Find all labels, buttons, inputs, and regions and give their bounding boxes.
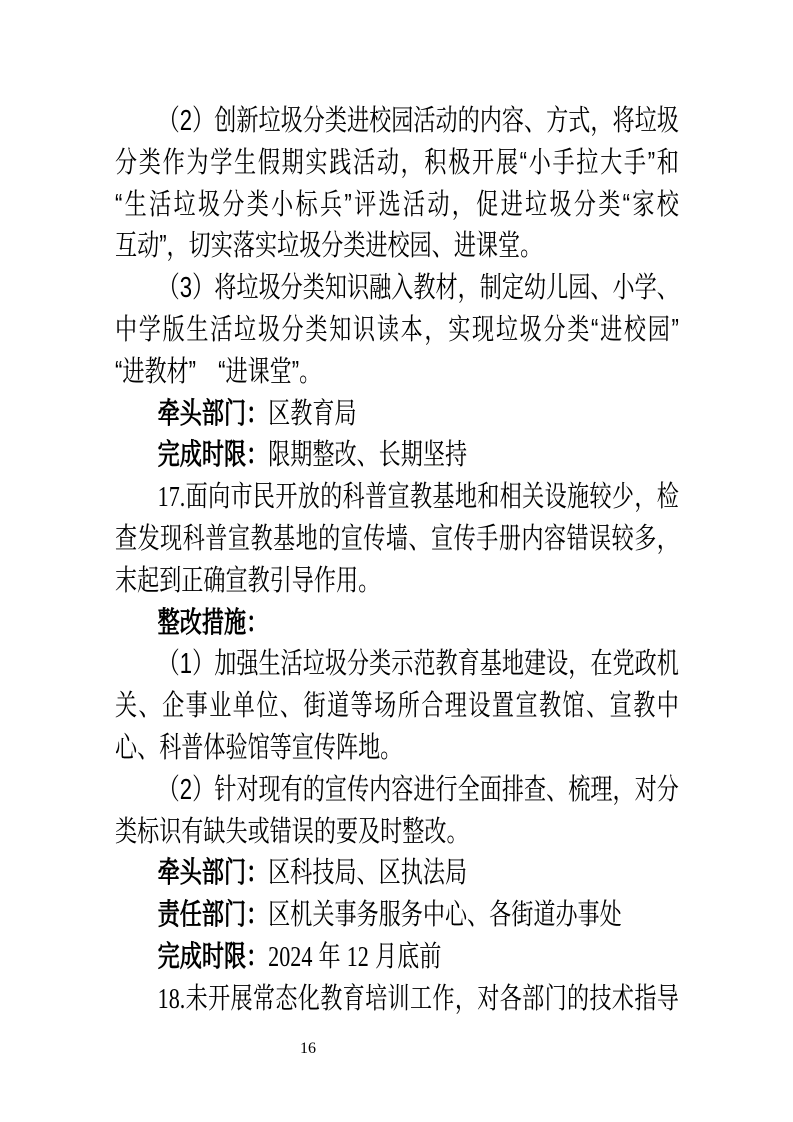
body-text: 18. xyxy=(158,983,186,1015)
body-text: 查发现科普宣教基地的宣传墙、宣传手册内容错误较多， xyxy=(115,523,679,555)
label-text: 整改措施： xyxy=(158,607,269,639)
page-number: 16 xyxy=(300,1040,316,1058)
text-line: 责任部门：区机关事务服务中心、各街道办事处 xyxy=(115,895,679,937)
text-line: 牵头部门：区科技局、区执法局 xyxy=(115,853,679,895)
body-text: 面向市民开放的科普宣教基地和相关设施较少，检 xyxy=(185,481,679,513)
text-line: 类标识有缺失或错误的要及时整改。 xyxy=(115,812,679,854)
body-text: 分类作为学生假期实践活动，积极开展“小手拉大手”和 xyxy=(115,147,679,179)
text-line: “生活垃圾分类小标兵”评选活动，促进垃圾分类“家校 xyxy=(115,185,679,227)
body-text: 关、企事业单位、街道等场所合理设置宣教馆、宣教中 xyxy=(115,690,679,722)
label-text: 完成时限： xyxy=(158,439,269,471)
text-line: 互动”，切实落实垃圾分类进校园、进课堂。 xyxy=(115,226,679,268)
text-line: 心、科普体验馆等宣传阵地。 xyxy=(115,728,679,770)
text-line: （1）加强生活垃圾分类示范教育基地建设，在党政机 xyxy=(115,644,679,686)
text-line: 末起到正确宣教引导作用。 xyxy=(115,561,679,603)
text-line: 关、企事业单位、街道等场所合理设置宣教馆、宣教中 xyxy=(115,686,679,728)
body-text: 17. xyxy=(158,481,186,513)
text-line: 分类作为学生假期实践活动，积极开展“小手拉大手”和 xyxy=(115,143,679,185)
text-line: 18.未开展常态化教育培训工作，对各部门的技术指导 xyxy=(115,979,679,1021)
body-text: （2）针对现有的宣传内容进行全面排查、梳理，对分 xyxy=(158,774,679,806)
body-text: 区教育局 xyxy=(268,398,356,430)
body-text: 区科技局、区执法局 xyxy=(268,857,467,889)
body-text: 区机关事务服务中心、各街道办事处 xyxy=(268,899,622,931)
label-text: 责任部门： xyxy=(158,899,269,931)
text-line: 整改措施： xyxy=(115,603,679,645)
body-text: 年 xyxy=(312,941,346,973)
body-text: 限期整改、长期坚持 xyxy=(268,439,467,471)
body-text: （3）将垃圾分类知识融入教材，制定幼儿园、小学、 xyxy=(158,272,679,304)
text-line: 完成时限：限期整改、长期坚持 xyxy=(115,435,679,477)
body-text: 月底前 xyxy=(369,941,441,973)
text-line: 中学版生活垃圾分类知识读本，实现垃圾分类“进校园” xyxy=(115,310,679,352)
document-page: { "page": { "background": "#ffffff", "te… xyxy=(0,0,793,1122)
body-text: 12 xyxy=(347,941,369,973)
body-text: 心、科普体验馆等宣传阵地。 xyxy=(115,732,402,764)
text-line: （3）将垃圾分类知识融入教材，制定幼儿园、小学、 xyxy=(115,268,679,310)
text-line: 牵头部门：区教育局 xyxy=(115,394,679,436)
body-text: 类标识有缺失或错误的要及时整改。 xyxy=(115,816,469,848)
text-line: 查发现科普宣教基地的宣传墙、宣传手册内容错误较多， xyxy=(115,519,679,561)
text-line: 17.面向市民开放的科普宣教基地和相关设施较少，检 xyxy=(115,477,679,519)
body-text: 未开展常态化教育培训工作，对各部门的技术指导 xyxy=(185,983,679,1015)
body-text: 互动”，切实落实垃圾分类进校园、进课堂。 xyxy=(115,230,542,262)
text-line: “进教材” “进课堂”。 xyxy=(115,352,679,394)
label-text: 完成时限： xyxy=(158,941,269,973)
text-line: （2）针对现有的宣传内容进行全面排查、梳理，对分 xyxy=(115,770,679,812)
body-text: “生活垃圾分类小标兵”评选活动，促进垃圾分类“家校 xyxy=(115,189,679,221)
body-text: 末起到正确宣教引导作用。 xyxy=(115,565,380,597)
body-text: “进教材” “进课堂”。 xyxy=(115,356,321,388)
body-text: （1）加强生活垃圾分类示范教育基地建设，在党政机 xyxy=(158,648,679,680)
label-text: 牵头部门： xyxy=(158,857,269,889)
text-line: 完成时限：2024 年 12 月底前 xyxy=(115,937,679,979)
body-text: 中学版生活垃圾分类知识读本，实现垃圾分类“进校园” xyxy=(115,314,679,346)
page: （2）创新垃圾分类进校园活动的内容、方式，将垃圾分类作为学生假期实践活动，积极开… xyxy=(0,0,793,1122)
document-body: （2）创新垃圾分类进校园活动的内容、方式，将垃圾分类作为学生假期实践活动，积极开… xyxy=(115,101,679,1021)
label-text: 牵头部门： xyxy=(158,398,269,430)
body-text: 2024 xyxy=(268,941,312,973)
body-text: （2）创新垃圾分类进校园活动的内容、方式，将垃圾 xyxy=(158,105,679,137)
text-line: （2）创新垃圾分类进校园活动的内容、方式，将垃圾 xyxy=(115,101,679,143)
